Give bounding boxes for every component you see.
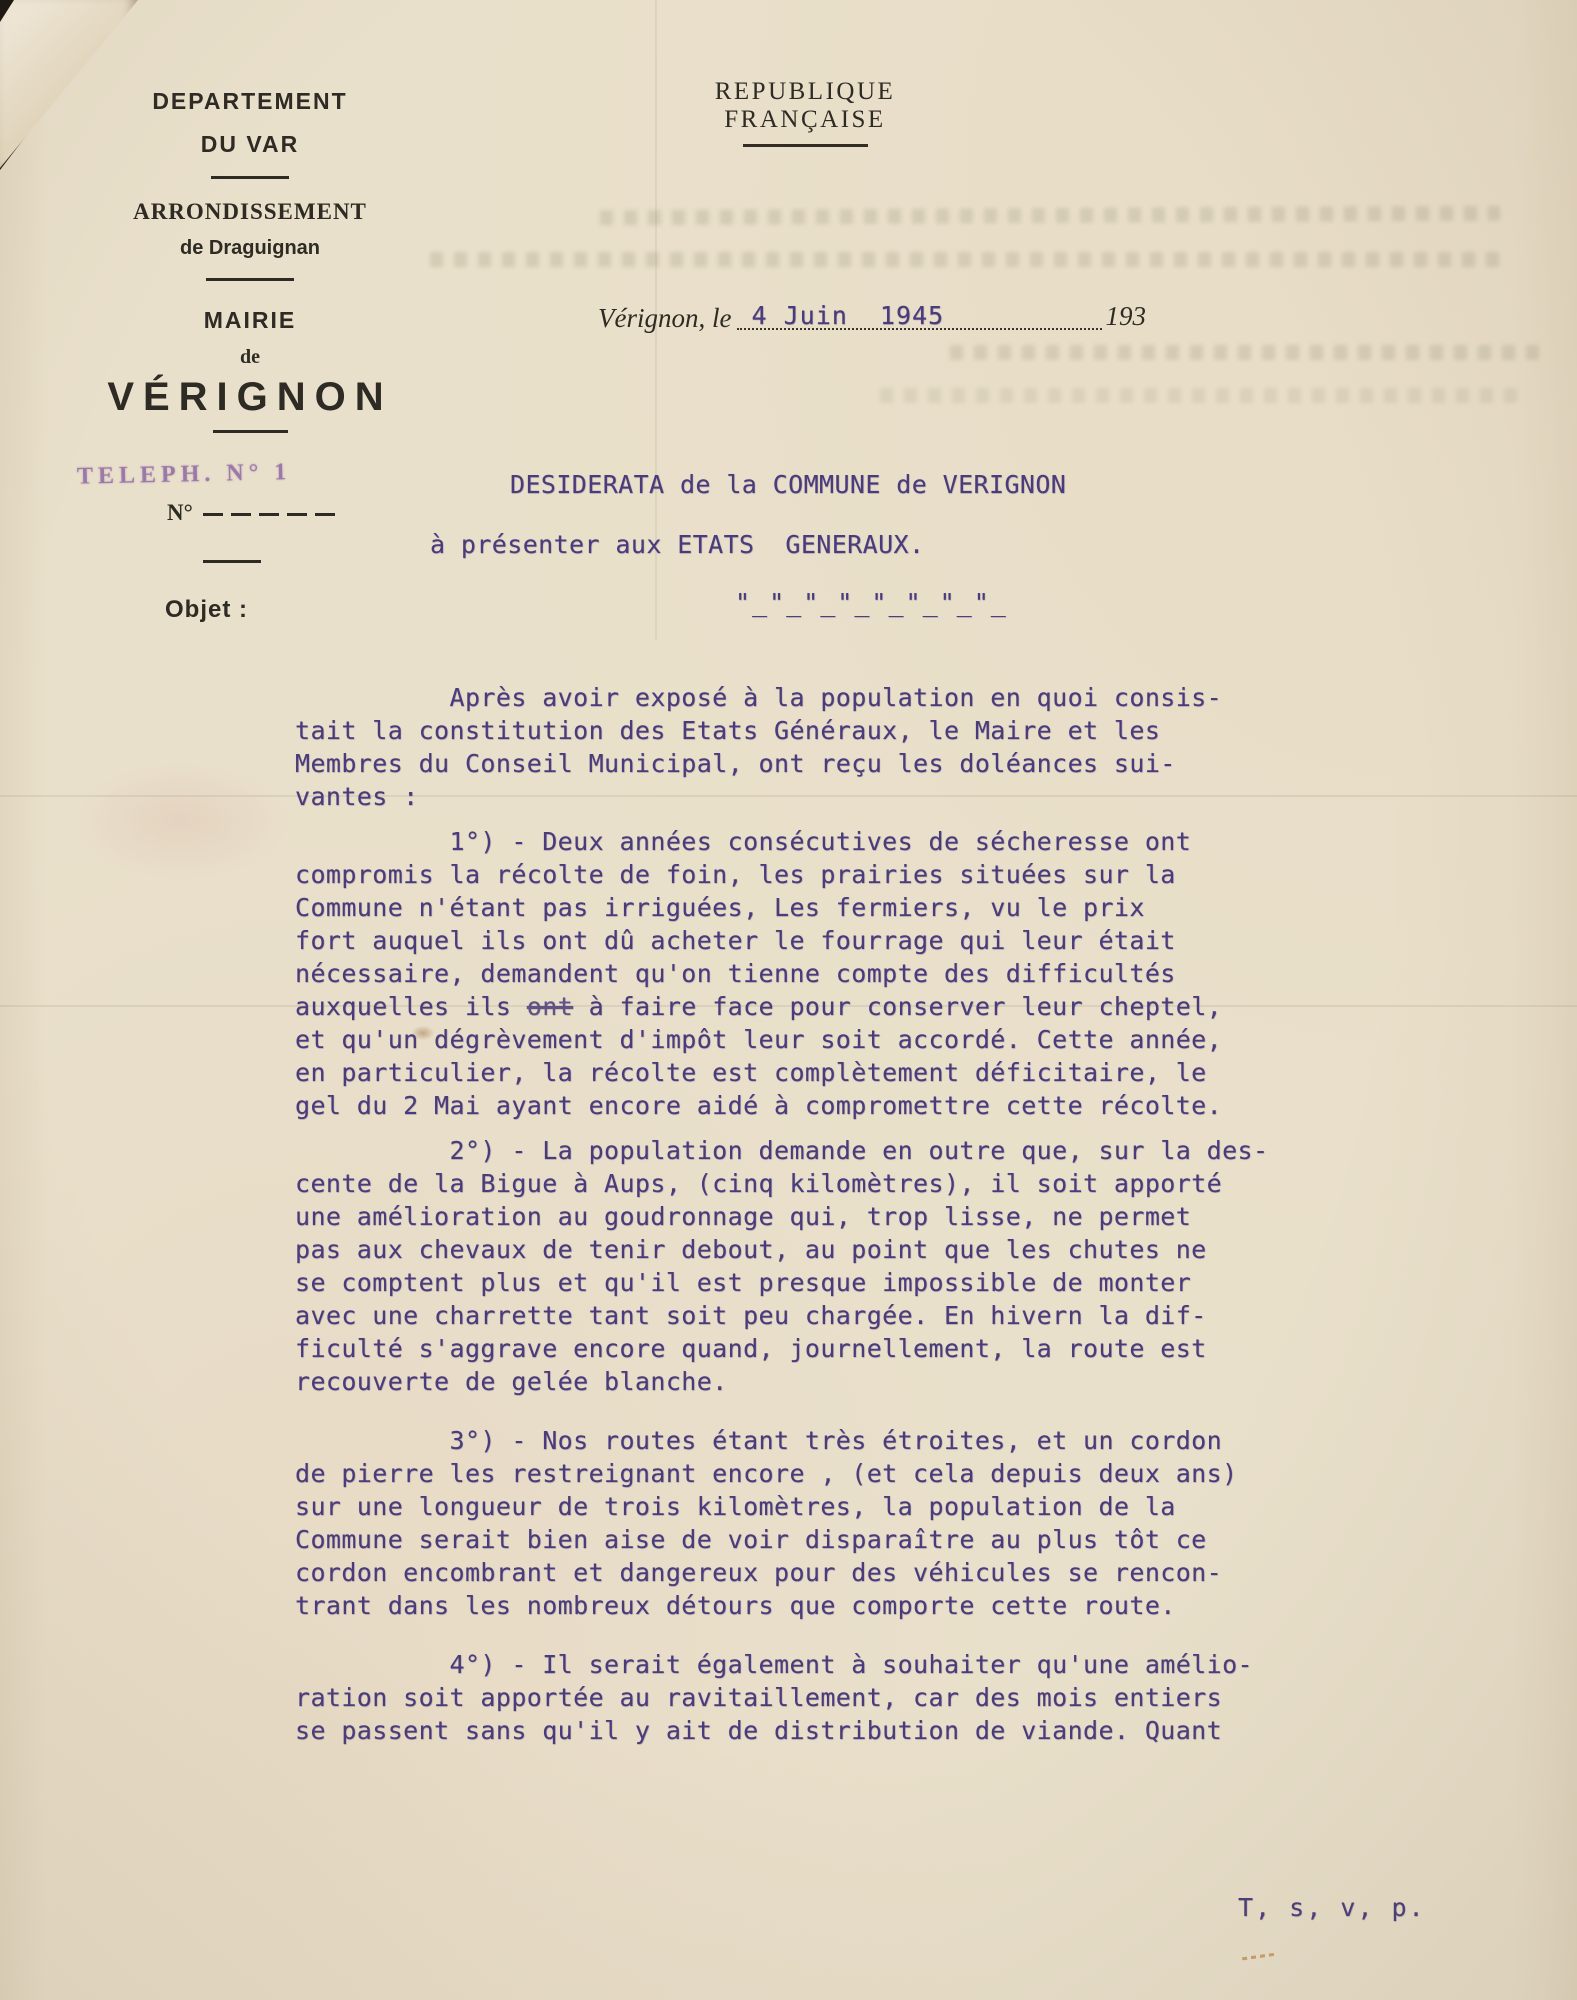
typed-date: 4 Juin 1945 [751, 301, 944, 330]
turn-over-note: T, s, v, p. [1238, 1893, 1426, 1922]
letterhead-divider [213, 430, 288, 433]
republic-underline [743, 144, 868, 147]
title-ornament: "_"_"_"_"_"_"_"_ [295, 586, 1295, 619]
paper-mark [1242, 1953, 1276, 1961]
letterhead-du-var: DU VAR [85, 131, 415, 158]
struck-word: ont [527, 992, 573, 1021]
letterhead-commune-name: VÉRIGNON [85, 375, 415, 420]
ink-bleed-through [430, 252, 1500, 267]
document-title: DESIDERATA de la COMMUNE de VERIGNON [295, 468, 1295, 501]
date-place-printed: Vérignon, le [598, 303, 731, 334]
date-year-printed: 193 [1106, 301, 1147, 332]
ink-bleed-through [600, 206, 1500, 226]
doleance-4: 4°) - Il serait également à souhaiter qu… [295, 1648, 1295, 1747]
typed-document-body: DESIDERATA de la COMMUNE de VERIGNON à p… [295, 468, 1295, 1747]
letterhead-arrondissement: ARRONDISSEMENT [85, 199, 415, 225]
intro-paragraph: Après avoir exposé à la population en qu… [295, 681, 1295, 813]
letterhead-departement: DEPARTEMENT [85, 88, 415, 115]
letterhead-divider [206, 278, 294, 281]
number-label: N° [167, 500, 193, 525]
letter-page: DEPARTEMENT DU VAR ARRONDISSEMENT de Dra… [0, 0, 1577, 2000]
republic-heading: REPUBLIQUE FRANÇAISE [640, 78, 970, 147]
doleance-1: 1°) - Deux années consécutives de sécher… [295, 825, 1295, 1122]
ink-bleed-through [950, 345, 1540, 360]
letterhead-draguignan: de Draguignan [85, 237, 415, 260]
document-subtitle: à présenter aux ETATS GENERAUX. [295, 528, 1295, 561]
letterhead-mairie: MAIRIE [85, 307, 415, 334]
objet-label: Objet : [165, 596, 248, 624]
paper-stain [70, 760, 290, 880]
letterhead-divider [211, 176, 289, 179]
ink-bleed-through [880, 388, 1520, 403]
letterhead-de: de [85, 346, 415, 369]
doleance-2: 2°) - La population demande en outre que… [295, 1134, 1295, 1398]
date-dotted-line: 4 Juin 1945 [737, 296, 1101, 330]
doleance-3: 3°) - Nos routes étant très étroites, et… [295, 1424, 1295, 1622]
letterhead-divider [203, 560, 261, 563]
republic-text: REPUBLIQUE FRANÇAISE [715, 78, 896, 133]
date-line: Vérignon, le 4 Juin 1945 193 [598, 296, 1146, 334]
